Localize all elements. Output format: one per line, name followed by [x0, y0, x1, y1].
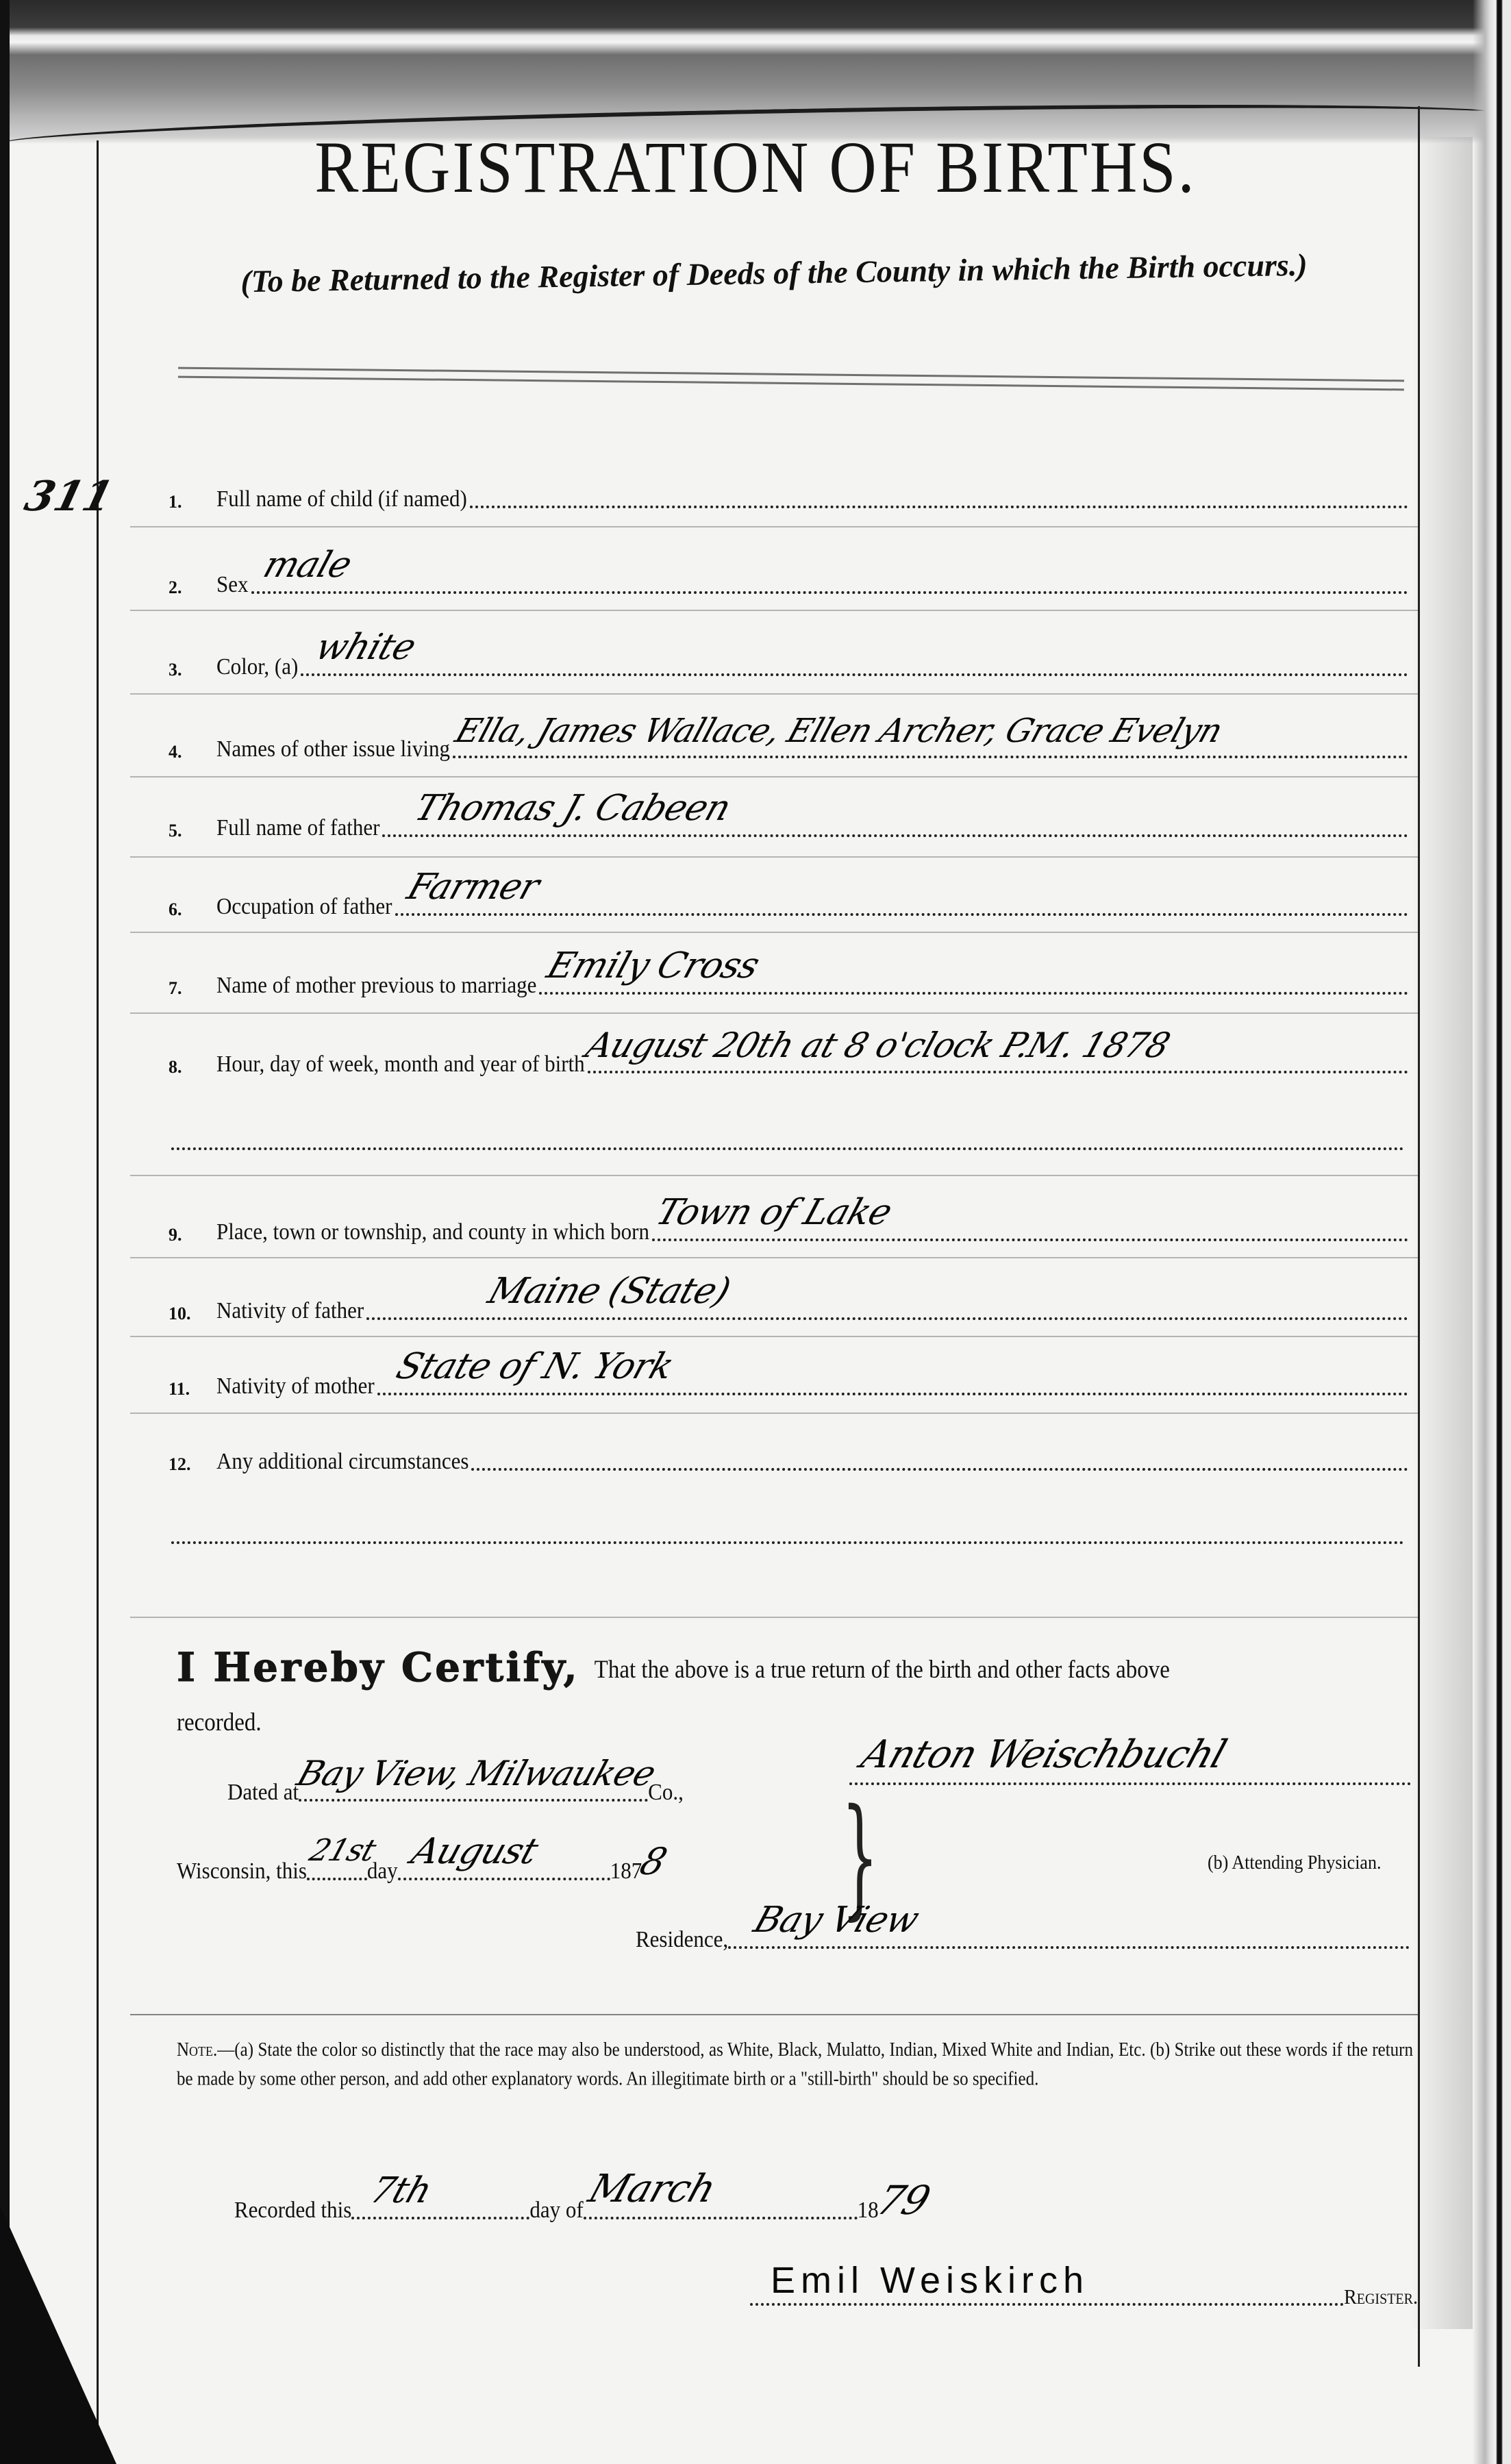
field-father-occupation: 6. Occupation of father Farmer — [168, 868, 1408, 923]
field-number: 9. — [168, 1225, 216, 1248]
field-other-issue: 4. Names of other issue living Ella, Jam… — [168, 710, 1408, 765]
field-label: Nativity of mother — [216, 1372, 375, 1402]
right-border-rule — [1418, 106, 1420, 2367]
register-signature-field: Emil Weiskirch Register. — [750, 2288, 1418, 2313]
field-sex: 2. Sex male — [168, 546, 1408, 601]
blank-fill-line — [171, 1541, 1404, 1544]
fill-line — [471, 1465, 1408, 1471]
field-number: 12. — [168, 1454, 216, 1478]
field-value: August 20th at 8 o'clock P.M. 1878 — [581, 1025, 1174, 1065]
dated-at-field: Dated at Bay View, Milwaukee Co., — [227, 1781, 684, 1808]
ruled-line — [130, 1175, 1418, 1176]
field-label: Hour, day of week, month and year of bir… — [216, 1050, 585, 1080]
field-label: Name of mother previous to marriage — [216, 971, 536, 1001]
certify-heading: I Hereby Certify, — [177, 1644, 579, 1691]
field-label: Place, town or township, and county in w… — [216, 1218, 649, 1248]
recorded-day-value: 7th — [366, 2170, 437, 2211]
residence-value: Bay View — [749, 1900, 923, 1941]
scan-right-edge — [1473, 0, 1511, 2464]
field-label: Occupation of father — [216, 893, 392, 923]
recorded-month-value: March — [583, 2167, 721, 2211]
ruled-line — [130, 1257, 1418, 1258]
wisconsin-label: Wisconsin, this — [177, 1857, 307, 1887]
field-number: 2. — [168, 577, 216, 601]
register-label: Register. — [1344, 2285, 1418, 2313]
field-value: State of N. York — [391, 1346, 678, 1387]
fill-line: State of N. York — [377, 1390, 1408, 1395]
ruled-line — [130, 1413, 1418, 1414]
county-suffix: Co., — [648, 1778, 684, 1808]
field-label: Sex — [216, 571, 249, 601]
register-signature: Emil Weiskirch — [771, 2259, 1089, 2302]
residence-label: Residence, — [636, 1926, 728, 1956]
field-value: white — [311, 627, 421, 668]
fill-line: Anton Weischbuchl — [849, 1780, 1411, 1785]
field-label: Nativity of father — [216, 1297, 364, 1327]
field-number: 8. — [168, 1057, 216, 1080]
fill-line: 21st — [307, 1875, 367, 1880]
scan-left-edge — [0, 0, 10, 2464]
header-double-rule — [178, 367, 1404, 391]
month-value: August — [406, 1831, 542, 1872]
field-label: Full name of father — [216, 814, 379, 844]
field-number: 4. — [168, 742, 216, 765]
physician-signature-field: Anton Weischbuchl — [849, 1780, 1411, 1792]
fill-line: Farmer — [395, 910, 1409, 916]
recorded-label: Recorded this — [234, 2196, 351, 2226]
fill-line — [470, 503, 1408, 508]
recorded-date-field: Recorded this 7th day of March 18 79 — [234, 2180, 927, 2226]
field-label: Full name of child (if named) — [216, 485, 467, 515]
footnote: Note.—(a) State the color so distinctly … — [177, 2036, 1413, 2094]
field-number: 6. — [168, 899, 216, 923]
field-number: 1. — [168, 492, 216, 515]
day-label: day — [367, 1857, 398, 1887]
fill-line: Maine (State) — [366, 1315, 1408, 1320]
field-value: Ella, James Wallace, Ellen Archer, Grace… — [451, 712, 1227, 750]
field-birth-datetime: 8. Hour, day of week, month and year of … — [168, 1025, 1408, 1080]
document-subtitle: (To be Returned to the Register of Deeds… — [147, 245, 1401, 301]
field-father-name: 5. Full name of father Thomas J. Cabeen — [168, 789, 1408, 844]
ruled-line — [130, 1012, 1418, 1014]
ruled-line — [130, 1336, 1418, 1337]
field-value: Farmer — [402, 867, 544, 908]
fill-line: Emil Weiskirch — [750, 2300, 1344, 2306]
day-of-label: day of — [529, 2196, 583, 2226]
physician-signature: Anton Weischbuchl — [856, 1732, 1231, 1777]
field-father-nativity: 10. Nativity of father Maine (State) — [168, 1272, 1408, 1327]
dated-at-label: Dated at — [227, 1778, 299, 1808]
fill-line: 7th — [351, 2214, 529, 2219]
field-value: Town of Lake — [651, 1192, 897, 1233]
field-number: 11. — [168, 1379, 216, 1402]
fill-line: Thomas J. Cabeen — [382, 832, 1408, 837]
certification-date-field: Wisconsin, this 21st day August 187 8 — [177, 1844, 665, 1887]
fill-line: Town of Lake — [652, 1236, 1408, 1241]
scan-right-shadow — [1411, 137, 1473, 2329]
physician-caption: (b) Attending Physician. — [1208, 1852, 1381, 1874]
field-number: 3. — [168, 660, 216, 683]
note-text: —(a) State the color so distinctly that … — [177, 2040, 1413, 2090]
field-value: Thomas J. Cabeen — [410, 788, 736, 829]
recorded-year-suffix: 79 — [871, 2177, 936, 2224]
field-value: Maine (State) — [483, 1271, 735, 1312]
fill-line: August — [398, 1875, 610, 1880]
field-mother-maiden-name: 7. Name of mother previous to marriage E… — [168, 947, 1408, 1001]
field-additional-circumstances: 12. Any additional circumstances — [168, 1423, 1408, 1478]
field-label: Any additional circumstances — [216, 1447, 469, 1478]
fill-line: male — [251, 588, 1409, 594]
scan-corner-shadow — [0, 2206, 116, 2464]
fill-line: Bay View — [728, 1943, 1410, 1949]
ruled-line — [130, 932, 1418, 933]
certification-statement: I Hereby Certify, That the above is a tr… — [177, 1644, 1410, 1691]
field-child-name: 1. Full name of child (if named) — [168, 460, 1408, 515]
fill-line: Emily Cross — [539, 989, 1408, 995]
fill-line: Bay View, Milwaukee — [299, 1796, 648, 1802]
field-number: 5. — [168, 821, 216, 844]
field-number: 7. — [168, 978, 216, 1001]
field-color: 3. Color, (a) white — [168, 628, 1408, 683]
document-title: REGISTRATION OF BIRTHS. — [0, 124, 1511, 209]
field-value: Emily Cross — [542, 945, 764, 986]
fill-line: August 20th at 8 o'clock P.M. 1878 — [588, 1068, 1408, 1073]
field-value: male — [258, 545, 356, 586]
certify-text: That the above is a true return of the b… — [595, 1656, 1170, 1691]
field-number: 10. — [168, 1304, 216, 1327]
section-rule — [130, 2014, 1418, 2015]
field-birth-place: 9. Place, town or township, and county i… — [168, 1193, 1408, 1248]
ruled-line — [130, 776, 1418, 777]
margin-record-number: 311 — [20, 473, 118, 521]
ruled-line — [130, 693, 1418, 695]
note-heading: Note. — [177, 2040, 217, 2061]
fill-line: March — [584, 2214, 858, 2219]
residence-field: Residence, Bay View — [636, 1928, 1410, 1956]
ruled-line — [130, 526, 1418, 527]
fill-line: Ella, James Wallace, Ellen Archer, Grace… — [453, 753, 1408, 758]
ruled-line — [130, 610, 1418, 611]
blank-fill-line — [171, 1147, 1404, 1150]
ruled-line — [130, 856, 1418, 858]
dated-at-value: Bay View, Milwaukee — [292, 1754, 660, 1793]
field-label: Color, (a) — [216, 653, 298, 683]
fill-line: white — [301, 671, 1408, 676]
field-label: Names of other issue living — [216, 735, 450, 765]
certify-text-end: recorded. — [177, 1709, 262, 1737]
ruled-line — [130, 1617, 1418, 1618]
field-mother-nativity: 11. Nativity of mother State of N. York — [168, 1347, 1408, 1402]
